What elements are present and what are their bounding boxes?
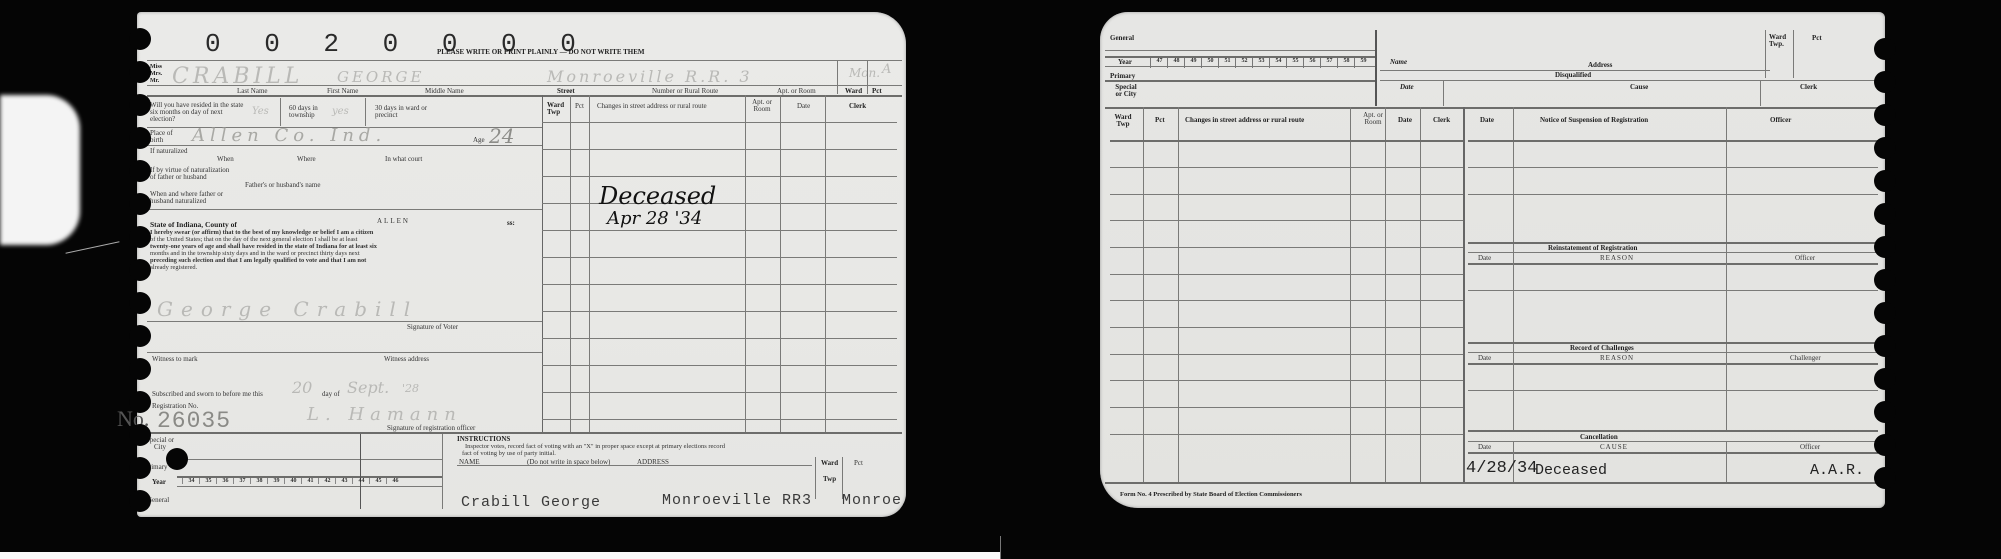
reinstatement-col-date: Date: [1478, 254, 1491, 262]
sworn-day-of: day of: [322, 390, 340, 398]
scan-glare: [0, 95, 80, 245]
voter-signature: George Crabill: [157, 297, 418, 321]
back-card-perforation: [1874, 38, 1896, 500]
oath-ss: ss:: [507, 219, 515, 227]
col-pct: Pct: [575, 102, 584, 110]
cancellation-title: Cancellation: [1580, 433, 1618, 441]
suspension-col-officer: Officer: [1770, 116, 1791, 124]
challenges-col-reason: REASON: [1600, 354, 1634, 362]
cancellation-col-cause: CAUSE: [1600, 443, 1628, 451]
label-virtue: If by virtue of naturalization of father…: [150, 167, 230, 181]
cancellation-col-date: Date: [1478, 443, 1491, 451]
front-card-perforation: [129, 28, 151, 523]
registration-number: 26035: [157, 408, 231, 434]
handwritten-birth-place: Allen Co. Ind.: [192, 125, 386, 146]
cancellation-officer: A.A.R.: [1810, 462, 1864, 479]
back-grid-label-year: Year: [1118, 58, 1132, 66]
back-grid-label-primary: Primary: [1110, 72, 1135, 80]
sworn-year: '28: [402, 382, 419, 395]
back-grid-label-general: General: [1110, 34, 1134, 42]
cancellation-date: 4/28/34: [1466, 459, 1537, 478]
handwritten-pct: A: [882, 62, 891, 77]
back-col-clerk: Clerk: [1433, 116, 1450, 124]
typed-index-name: Crabill George: [461, 494, 601, 511]
back-label-address: Address: [1588, 61, 1612, 69]
oath-county: ALLEN: [377, 217, 410, 225]
label-when: When: [217, 155, 234, 163]
label-street: Street: [557, 87, 575, 95]
label-witness-mark: Witness to mark: [152, 355, 198, 363]
instructions-heading: INSTRUCTIONS: [457, 435, 510, 443]
scan-seam: [1000, 536, 1001, 559]
scan-scratch: [65, 241, 119, 253]
label-ward: Ward: [845, 87, 862, 95]
label-court: In what court: [385, 155, 422, 163]
form-footer: Form No. 4 Prescribed by State Board of …: [1120, 491, 1302, 499]
col-clerk: Clerk: [849, 102, 866, 110]
back-label-dq-date: Date: [1400, 83, 1414, 91]
back-col-date: Date: [1398, 116, 1412, 124]
handwritten-death-date: Apr 28 '34: [607, 208, 702, 229]
back-card: General Year Primary Special or City 47 …: [1100, 12, 1885, 508]
title-labels: Miss Mrs. Mr.: [150, 64, 162, 85]
col-changes: Changes in street address or rural route: [597, 102, 707, 110]
back-label-dq-cause: Cause: [1630, 83, 1648, 91]
col-date: Date: [797, 102, 810, 110]
label-when-where: When and where father or husband natural…: [150, 191, 240, 205]
handwritten-ward: Mon.: [849, 66, 880, 80]
q-ward: 30 days in ward or precinct: [375, 105, 430, 119]
label-place-of-birth: Place of birth: [150, 130, 184, 144]
back-grid-label-special: Special or City: [1112, 84, 1140, 98]
sworn-day: 20: [292, 378, 312, 397]
label-last-name: Last Name: [237, 87, 268, 95]
sworn-text: Subscribed and sworn to before me this: [152, 390, 263, 398]
label-middle-name: Middle Name: [425, 87, 464, 95]
answer-township: yes: [332, 106, 349, 117]
typed-index-address: Monroeville RR3: [662, 492, 812, 509]
back-col-apt: Apt. or Room: [1358, 112, 1388, 126]
challenges-col-date: Date: [1478, 354, 1491, 362]
label-apt: Apt. or Room: [777, 87, 816, 95]
label-where: Where: [297, 155, 316, 163]
instructions-line2: fact of voting by use of party initial.: [462, 450, 556, 458]
cancellation-col-officer: Officer: [1800, 443, 1820, 451]
col-apt: Apt. or Room: [749, 99, 775, 113]
reinstatement-col-officer: Officer: [1795, 254, 1815, 262]
back-label-name: Name: [1390, 58, 1407, 66]
reinstatement-col-reason: REASON: [1600, 254, 1634, 262]
suspension-col-notice: Notice of Suspension of Registration: [1540, 116, 1648, 124]
label-pct: Pct: [872, 87, 882, 95]
typed-index-township: Monroe: [842, 492, 902, 509]
label-first-name: First Name: [327, 87, 358, 95]
label-index-ward: Ward: [821, 459, 838, 467]
back-col-changes: Changes in street address or rural route: [1185, 116, 1304, 124]
handwritten-deceased: Deceased: [599, 182, 716, 210]
label-father-name: Father's or husband's name: [245, 181, 320, 189]
label-signature-voter: Signature of Voter: [407, 323, 458, 331]
front-card: 0 0 2 0 0 0 0 PLEASE WRITE OR PRINT PLAI…: [137, 12, 906, 517]
back-col-ward-twp: Ward Twp: [1112, 114, 1134, 128]
label-age: Age: [473, 136, 485, 144]
suspension-col-date: Date: [1480, 116, 1494, 124]
officer-signature: L. Hamann: [307, 404, 462, 425]
back-col-pct: Pct: [1155, 116, 1165, 124]
back-label-ward-twp: Ward Twp.: [1769, 34, 1789, 48]
serial-stamp: 0 0 2 0 0 0 0: [205, 40, 590, 48]
label-index-pct: Pct: [854, 459, 863, 467]
oath-heading: State of Indiana, County of: [150, 221, 237, 229]
label-witness-address: Witness address: [384, 355, 429, 363]
handwritten-first-name: GEORGE: [337, 68, 424, 86]
oath-text: I hereby swear (or affirm) that to the b…: [150, 229, 377, 271]
q-state-residence: Will you have resided in the state six m…: [150, 102, 245, 123]
back-label-dq-clerk: Clerk: [1800, 83, 1817, 91]
answer-state: Yes: [252, 106, 269, 117]
cancellation-cause: Deceased: [1535, 462, 1607, 479]
challenges-title: Record of Challenges: [1570, 344, 1634, 352]
label-officer-signature: Signature of registration officer: [387, 424, 475, 432]
scan-edge-strip: [0, 552, 1000, 559]
label-index-twp: Twp: [823, 475, 836, 483]
handwritten-address: Monroeville R.R. 3: [547, 67, 753, 86]
sworn-month: Sept.: [347, 378, 389, 397]
label-number: Number or Rural Route: [652, 87, 718, 95]
punch-hole: [166, 448, 188, 470]
grid-label-year: Year: [152, 478, 166, 486]
header-instruction: PLEASE WRITE OR PRINT PLAINLY — DO NOT W…: [437, 48, 645, 56]
challenges-col-challenger: Challenger: [1790, 354, 1821, 362]
back-label-pct: Pct: [1812, 34, 1822, 42]
col-ward-twp: Ward Twp: [547, 102, 567, 116]
reinstatement-title: Reinstatement of Registration: [1548, 244, 1637, 252]
label-if-naturalized: If naturalized: [150, 148, 190, 155]
back-label-disqualified: Disqualified: [1555, 71, 1591, 79]
